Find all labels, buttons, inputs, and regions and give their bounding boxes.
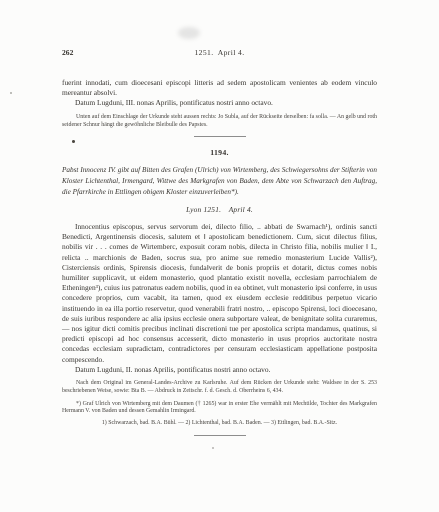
running-head: 1251. April 4. xyxy=(62,48,377,57)
page-header: 262 1251. April 4. xyxy=(62,48,377,59)
page-number: 262 xyxy=(62,48,73,57)
bottom-divider xyxy=(194,435,246,436)
entry-regest: Pabst Innocenz IV. gibt auf Bitten des G… xyxy=(62,165,377,198)
entry-body: Innocentius episcopus, servus servorum d… xyxy=(62,222,377,365)
ink-speck xyxy=(72,140,75,143)
entry-number: 1194. xyxy=(62,148,377,157)
section-divider xyxy=(194,136,246,137)
scan-smudge xyxy=(178,27,200,39)
ink-speck xyxy=(212,447,214,449)
scanned-book-page: 262 1251. April 4. fuerint innodati, cum… xyxy=(0,0,439,512)
entry-dateline: Lyon 1251. April 4. xyxy=(62,205,377,214)
entry-provenance-note: Nach dem Original im General-Landes-Arch… xyxy=(62,380,377,395)
entry-datum: Datum Lugduni, II. nonas Aprilis, pontif… xyxy=(62,365,377,375)
footnotes-numbered: 1) Schwarzach, bad. B.A. Bühl. — 2) Lich… xyxy=(62,420,377,428)
previous-entry-archival-note: Unten auf dem Einschlage der Urkunde ste… xyxy=(62,114,377,129)
footnote-asterisk: *) Graf Ulrich von Wirtemberg mit dem Da… xyxy=(62,401,377,416)
previous-entry-body: fuerint innodati, cum dioecesani episcop… xyxy=(62,78,377,98)
previous-entry-datum: Datum Lugduni, III. nonas Aprilis, ponti… xyxy=(62,98,377,108)
ink-speck xyxy=(10,92,12,94)
